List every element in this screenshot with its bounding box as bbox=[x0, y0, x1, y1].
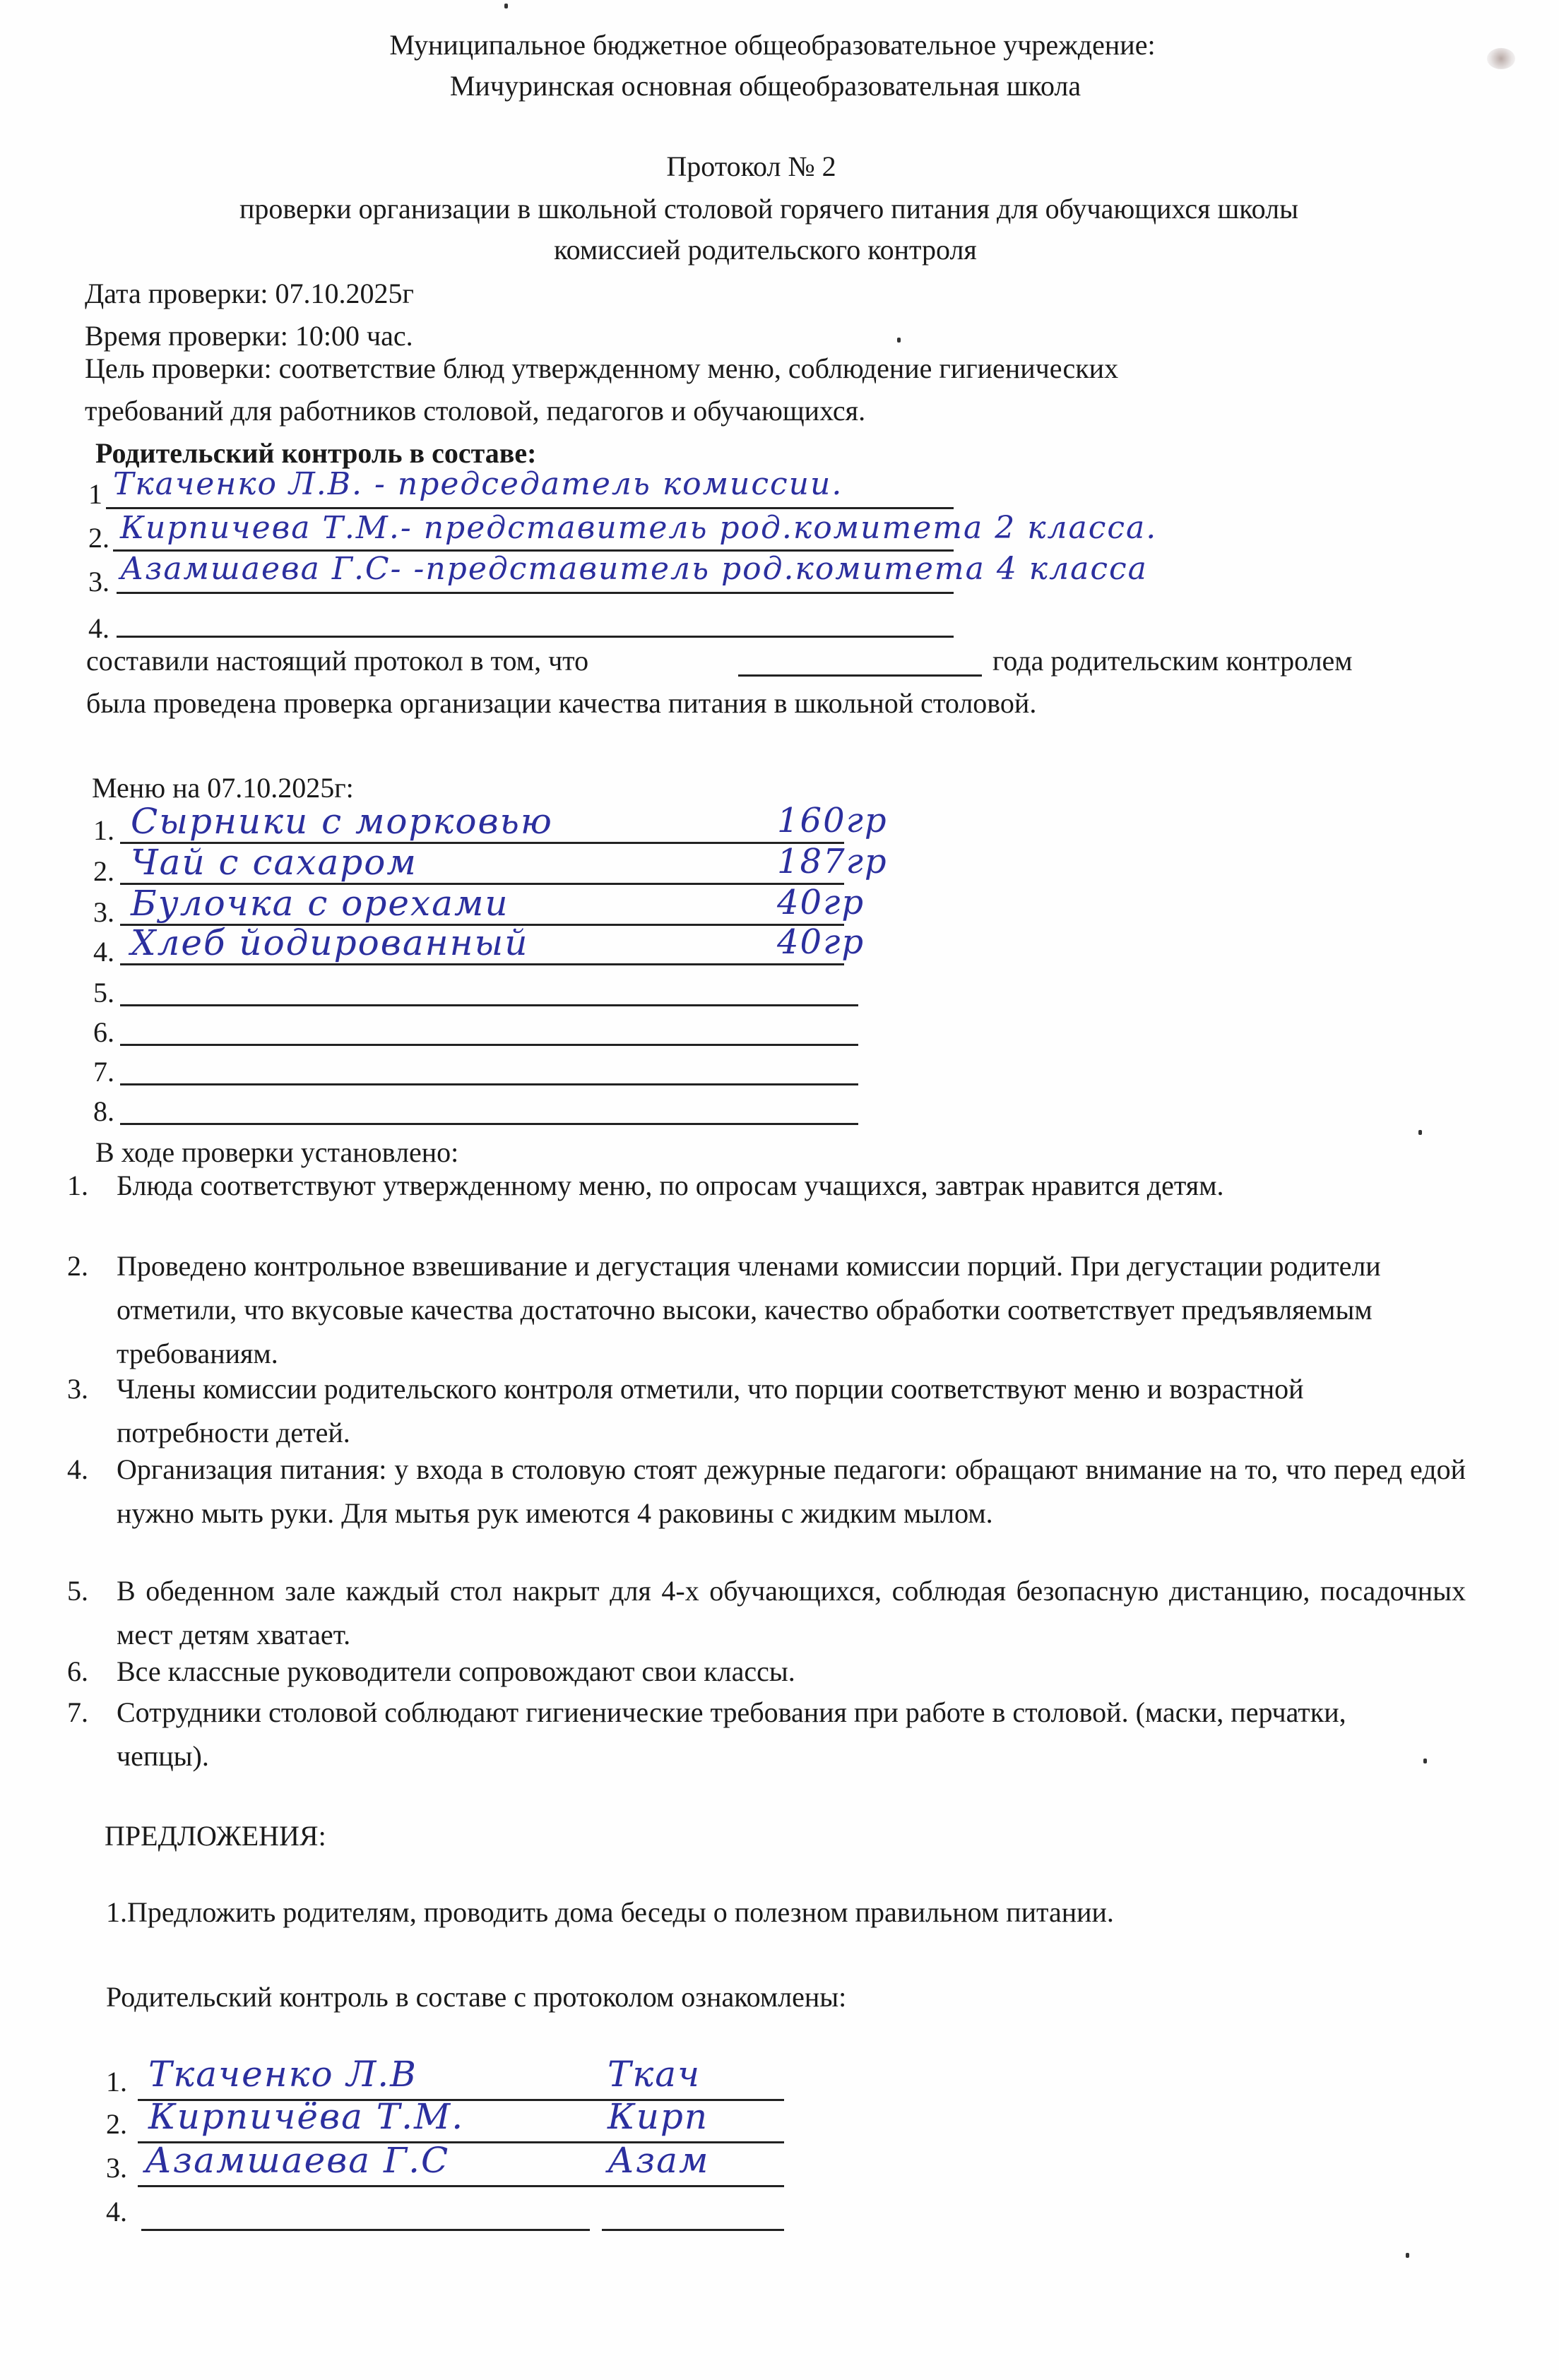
scan-speck bbox=[1423, 1759, 1427, 1763]
statement-line-2: была проведена проверка организации каче… bbox=[86, 686, 1036, 720]
institution-line-1: Муниципальное бюджетное общеобразователь… bbox=[0, 28, 1552, 62]
inspection-date: Дата проверки: 07.10.2025г bbox=[85, 277, 414, 311]
signature-name: Азамшаева Г.С bbox=[145, 2140, 449, 2181]
acknowledgement-heading: Родительский контроль в составе с проток… bbox=[106, 1980, 846, 2014]
menu-heading: Меню на 07.10.2025г: bbox=[92, 771, 354, 805]
committee-member-number: 1 bbox=[88, 477, 102, 511]
proposals-heading: ПРЕДЛОЖЕНИЯ: bbox=[105, 1819, 326, 1853]
menu-item-line bbox=[120, 1044, 858, 1046]
menu-item-number: 5. bbox=[93, 976, 114, 1010]
protocol-subtitle-line-1: проверки организации в школьной столовой… bbox=[0, 192, 1548, 226]
committee-member-number: 2. bbox=[88, 521, 109, 555]
signature-name-line bbox=[141, 2229, 590, 2231]
committee-heading: Родительский контроль в составе: bbox=[95, 436, 536, 470]
finding-text: Блюда соответствуют утвержденному меню, … bbox=[117, 1170, 1224, 1201]
finding-text: В обеденном зале каждый стол накрыт для … bbox=[117, 1575, 1466, 1650]
committee-member-handwritten: Ткаченко Л.В. - председатель комиссии. bbox=[113, 466, 843, 502]
inspection-goal-line-1: Цель проверки: соответствие блюд утвержд… bbox=[85, 352, 1118, 386]
finding-item: 4. Организация питания: у входа в столов… bbox=[117, 1448, 1466, 1535]
committee-member-handwritten: Кирпичева Т.М.- представитель род.комите… bbox=[120, 510, 1157, 546]
signature-number: 2. bbox=[106, 2107, 127, 2141]
committee-member-handwritten: Азамшаева Г.С- -представитель род.комите… bbox=[120, 551, 1148, 587]
finding-number: 6. bbox=[67, 1650, 88, 1694]
finding-item: 1. Блюда соответствуют утвержденному мен… bbox=[117, 1164, 1416, 1208]
finding-text: Сотрудники столовой соблюдают гигиеничес… bbox=[117, 1696, 1346, 1772]
committee-member-number: 3. bbox=[88, 565, 109, 599]
document-page: Муниципальное бюджетное общеобразователь… bbox=[0, 0, 1559, 2380]
finding-number: 7. bbox=[67, 1691, 88, 1735]
menu-item-weight: 40гр bbox=[777, 883, 865, 922]
menu-item-line bbox=[120, 1004, 858, 1006]
finding-text: Проведено контрольное взвешивание и дегу… bbox=[117, 1250, 1381, 1369]
finding-item: 3. Члены комиссии родительского контроля… bbox=[117, 1367, 1459, 1455]
proposal-item: 1.Предложить родителям, проводить дома б… bbox=[106, 1896, 1114, 1929]
institution-line-2: Мичуринская основная общеобразовательная… bbox=[0, 69, 1545, 103]
finding-text: Члены комиссии родительского контроля от… bbox=[117, 1373, 1304, 1448]
finding-number: 4. bbox=[67, 1448, 88, 1492]
inspection-goal-line-2: требований для работников столовой, педа… bbox=[85, 394, 865, 428]
menu-item-number: 4. bbox=[93, 935, 114, 969]
menu-item-line bbox=[120, 963, 844, 965]
finding-item: 7. Сотрудники столовой соблюдают гигиени… bbox=[117, 1691, 1402, 1778]
finding-number: 5. bbox=[67, 1569, 88, 1613]
menu-item-number: 3. bbox=[93, 896, 114, 929]
signature-name: Ткаченко Л.В bbox=[148, 2054, 417, 2095]
menu-item-number: 6. bbox=[93, 1016, 114, 1049]
menu-item-dish: Сырники с морковью bbox=[131, 801, 553, 842]
scan-speck bbox=[504, 4, 508, 8]
inspection-time: Время проверки: 10:00 час. bbox=[85, 319, 413, 353]
scan-speck bbox=[1406, 2253, 1409, 2258]
finding-number: 3. bbox=[67, 1367, 88, 1411]
committee-member-line bbox=[117, 636, 954, 638]
statement-line-1-before: составили настоящий протокол в том, что bbox=[86, 644, 588, 678]
menu-item-weight: 40гр bbox=[777, 922, 865, 962]
signature-mark-line bbox=[602, 2229, 784, 2231]
menu-item-dish: Булочка с орехами bbox=[131, 883, 509, 924]
committee-member-line bbox=[106, 507, 954, 509]
menu-item-line bbox=[120, 1123, 858, 1125]
menu-item-number: 7. bbox=[93, 1055, 114, 1089]
signature-number: 3. bbox=[106, 2151, 127, 2185]
signature-line bbox=[138, 2185, 784, 2187]
signature-number: 4. bbox=[106, 2195, 127, 2229]
menu-item-number: 2. bbox=[93, 855, 114, 888]
signature-name: Кирпичёва Т.М. bbox=[148, 2096, 464, 2137]
menu-item-weight: 160гр bbox=[777, 801, 888, 840]
finding-number: 2. bbox=[67, 1244, 88, 1288]
protocol-title: Протокол № 2 bbox=[0, 150, 1531, 184]
statement-line-1-after: года родительским контролем bbox=[992, 644, 1353, 678]
menu-item-dish: Чай с сахаром bbox=[131, 842, 417, 883]
finding-item: 6. Все классные руководители сопровождаю… bbox=[117, 1650, 1459, 1694]
menu-item-dish: Хлеб йодированный bbox=[131, 922, 528, 963]
scan-speck bbox=[1418, 1130, 1422, 1135]
finding-item: 2. Проведено контрольное взвешивание и д… bbox=[117, 1244, 1388, 1376]
finding-number: 1. bbox=[67, 1164, 88, 1208]
signature-mark: Азам bbox=[607, 2140, 709, 2181]
signature-mark: Кирп bbox=[607, 2096, 709, 2137]
menu-item-weight: 187гр bbox=[777, 842, 888, 881]
statement-date-blank bbox=[738, 674, 982, 677]
scan-speck bbox=[897, 338, 901, 343]
finding-item: 5. В обеденном зале каждый стол накрыт д… bbox=[117, 1569, 1466, 1657]
menu-item-line bbox=[120, 1083, 858, 1085]
menu-item-number: 8. bbox=[93, 1095, 114, 1129]
finding-text: Все классные руководители сопровождают с… bbox=[117, 1655, 795, 1687]
committee-member-line bbox=[117, 592, 954, 594]
signature-number: 1. bbox=[106, 2065, 127, 2099]
menu-item-number: 1. bbox=[93, 814, 114, 847]
signature-mark: Ткач bbox=[607, 2054, 701, 2095]
committee-member-number: 4. bbox=[88, 612, 109, 645]
protocol-subtitle-line-2: комиссией родительского контроля bbox=[0, 233, 1545, 267]
finding-text: Организация питания: у входа в столовую … bbox=[117, 1453, 1466, 1529]
